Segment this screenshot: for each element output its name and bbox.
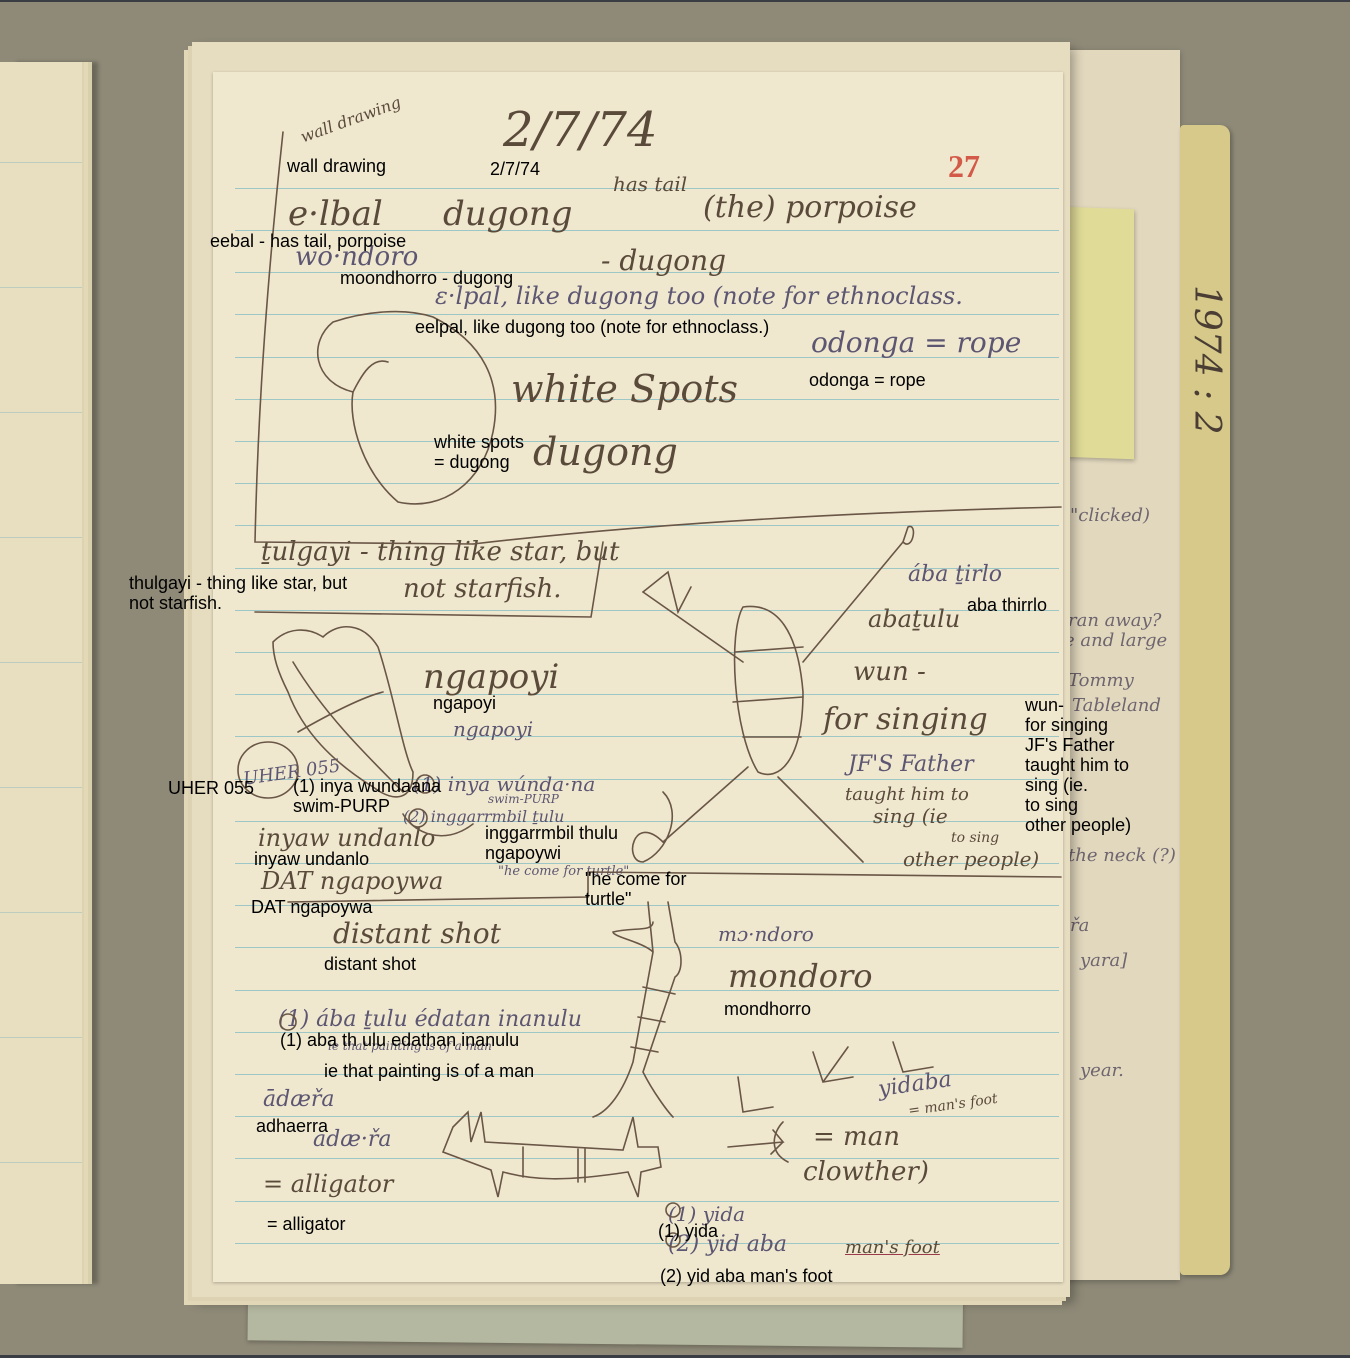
hw-yidaba: yidaba — [877, 1067, 954, 1102]
hw-not-starfish: not starfish. — [403, 574, 562, 604]
annotation-aba-th-ulu: (1) aba th ulu edathan inanulu — [280, 1030, 519, 1050]
right-scribble: yara] — [1080, 950, 1127, 971]
notebook-page: 27 wall drawing 2/7/74 has tail e·lbal d… — [213, 72, 1063, 1282]
hw-abatulu: abaṯulu — [868, 605, 960, 633]
annotation-inyaw-undanlo: inyaw undanlo — [254, 849, 369, 869]
annotation-wun-for-singing: wun- for singing JF's Father taught him … — [1025, 695, 1131, 835]
hw-eebal: e·lbal — [288, 194, 383, 234]
crocodile-drawing — [443, 1112, 661, 1197]
annotation-alligator: = alligator — [267, 1214, 346, 1234]
left-background-notebook — [0, 62, 82, 1284]
annotation-yida: (1) yida — [658, 1221, 718, 1241]
right-scribble: the neck (?) — [1068, 845, 1176, 866]
hw-adaera-1: ādæřa — [263, 1087, 335, 1112]
annotation-ie-painting: ie that painting is of a man — [324, 1061, 534, 1081]
annotation-distant-shot: distant shot — [324, 954, 416, 974]
hw-jf-father: JF'S Father — [848, 752, 974, 777]
annotation-wall-drawing: wall drawing — [287, 156, 386, 176]
annotation-inggarrmbil: inggarrmbil thulu ngapoywi — [485, 823, 618, 863]
annotation-aba-thirrlo: aba thirrlo — [967, 595, 1047, 615]
hw-ngapoyi-2: ngapoyi — [453, 717, 533, 741]
hw-wun: wun - — [853, 657, 926, 687]
annotation-inya-wundaana: (1) inya wundaana swim-PURP — [293, 776, 441, 816]
right-scribble: year. — [1080, 1060, 1124, 1081]
annotation-uher: UHER 055 — [168, 778, 254, 798]
hw-ngapoyi: ngapoyi — [423, 657, 559, 697]
annotation-white-spots: white spots = dugong — [434, 432, 524, 472]
hw-dugong-3: dugong — [533, 430, 678, 474]
hw-for-singing: for singing — [823, 702, 988, 737]
annotation-ngapoyi: ngapoyi — [433, 693, 496, 713]
hw-distant-shot: distant shot — [333, 917, 501, 950]
hw-alligator: = alligator — [263, 1170, 393, 1198]
hw-dugong-2: - dugong — [601, 244, 726, 277]
hw-other-people: other people) — [903, 847, 1039, 871]
side-strip-label: 1974 : 2 — [1186, 285, 1227, 435]
annotation-dat-ngapoywa: DAT ngapoywa — [251, 897, 372, 917]
dugong-drawing — [318, 312, 496, 504]
annotation-eebal: eebal - has tail, porpoise — [210, 231, 406, 251]
annotation-moondhorro: moondhorro - dugong — [340, 268, 513, 288]
annotation-he-come-for-turtle: "he come for turtle" — [585, 869, 686, 909]
annotation-odonga: odonga = rope — [809, 370, 926, 390]
right-scribble: řa — [1070, 915, 1089, 936]
hw-thulgayi: ṯulgayi - thing like star, but — [261, 537, 619, 567]
hw-clowther: clowther) — [803, 1157, 929, 1187]
hw-dat-ngapoywa: DAT ngapoywa — [261, 867, 443, 895]
hw-porpoise: (the) porpoise — [703, 190, 917, 225]
hw-mondoro-1: mɔ·ndoro — [718, 922, 814, 946]
right-scribble: ran away? — [1068, 610, 1161, 631]
right-scribble: e and large — [1064, 630, 1167, 651]
annotation-date: 2/7/74 — [490, 159, 540, 179]
annotation-adhaerra: adhaerra — [256, 1116, 328, 1136]
hw-swim-purp: swim-PURP — [488, 792, 559, 806]
sticky-note — [1062, 207, 1134, 460]
hw-wall-drawing: wall drawing — [298, 93, 403, 147]
hw-date: 2/7/74 — [503, 102, 658, 158]
top-border — [0, 0, 1350, 2]
hw-odonga: odonga = rope — [811, 326, 1021, 359]
hw-taught: taught him to — [845, 784, 969, 805]
hw-eq-man: = man — [813, 1122, 900, 1152]
page-number: 27 — [948, 148, 980, 185]
annotation-eelpal: eelpal, like dugong too (note for ethnoc… — [415, 317, 769, 337]
side-strip: 1974 : 2 — [1180, 125, 1230, 1275]
right-scribble: Tommy — [1068, 670, 1134, 691]
right-scribble: "clicked) — [1070, 505, 1150, 526]
hw-mondoro-2: mondoro — [728, 957, 873, 995]
hw-white-spots: white Spots — [511, 367, 738, 411]
annotation-thulgayi: thulgayi - thing like star, but not star… — [129, 573, 347, 613]
hw-aba-tirlo: ába ṯirlo — [908, 562, 1002, 587]
hw-eelpal-line: ɛ·lpal, like dugong too (note for ethnoc… — [435, 282, 963, 310]
hw-has: has tail — [613, 172, 687, 196]
annotation-yid-aba: (2) yid aba man's foot — [660, 1266, 833, 1286]
figure-drawing — [735, 606, 803, 774]
hw-sing-ie: sing (ie — [873, 804, 948, 828]
hw-mans-foot: man's foot — [845, 1237, 940, 1258]
hw-to-sing: to sing — [951, 830, 999, 846]
hw-dugong: dugong — [443, 194, 573, 234]
fish-drawing — [593, 902, 681, 1117]
hw-inyaw: inyaw undanlo — [258, 824, 435, 852]
annotation-mondhorro: mondhorro — [724, 999, 811, 1019]
hw-aba-tulu: (1) ába ṯulu édatan inanulu — [278, 1007, 582, 1032]
